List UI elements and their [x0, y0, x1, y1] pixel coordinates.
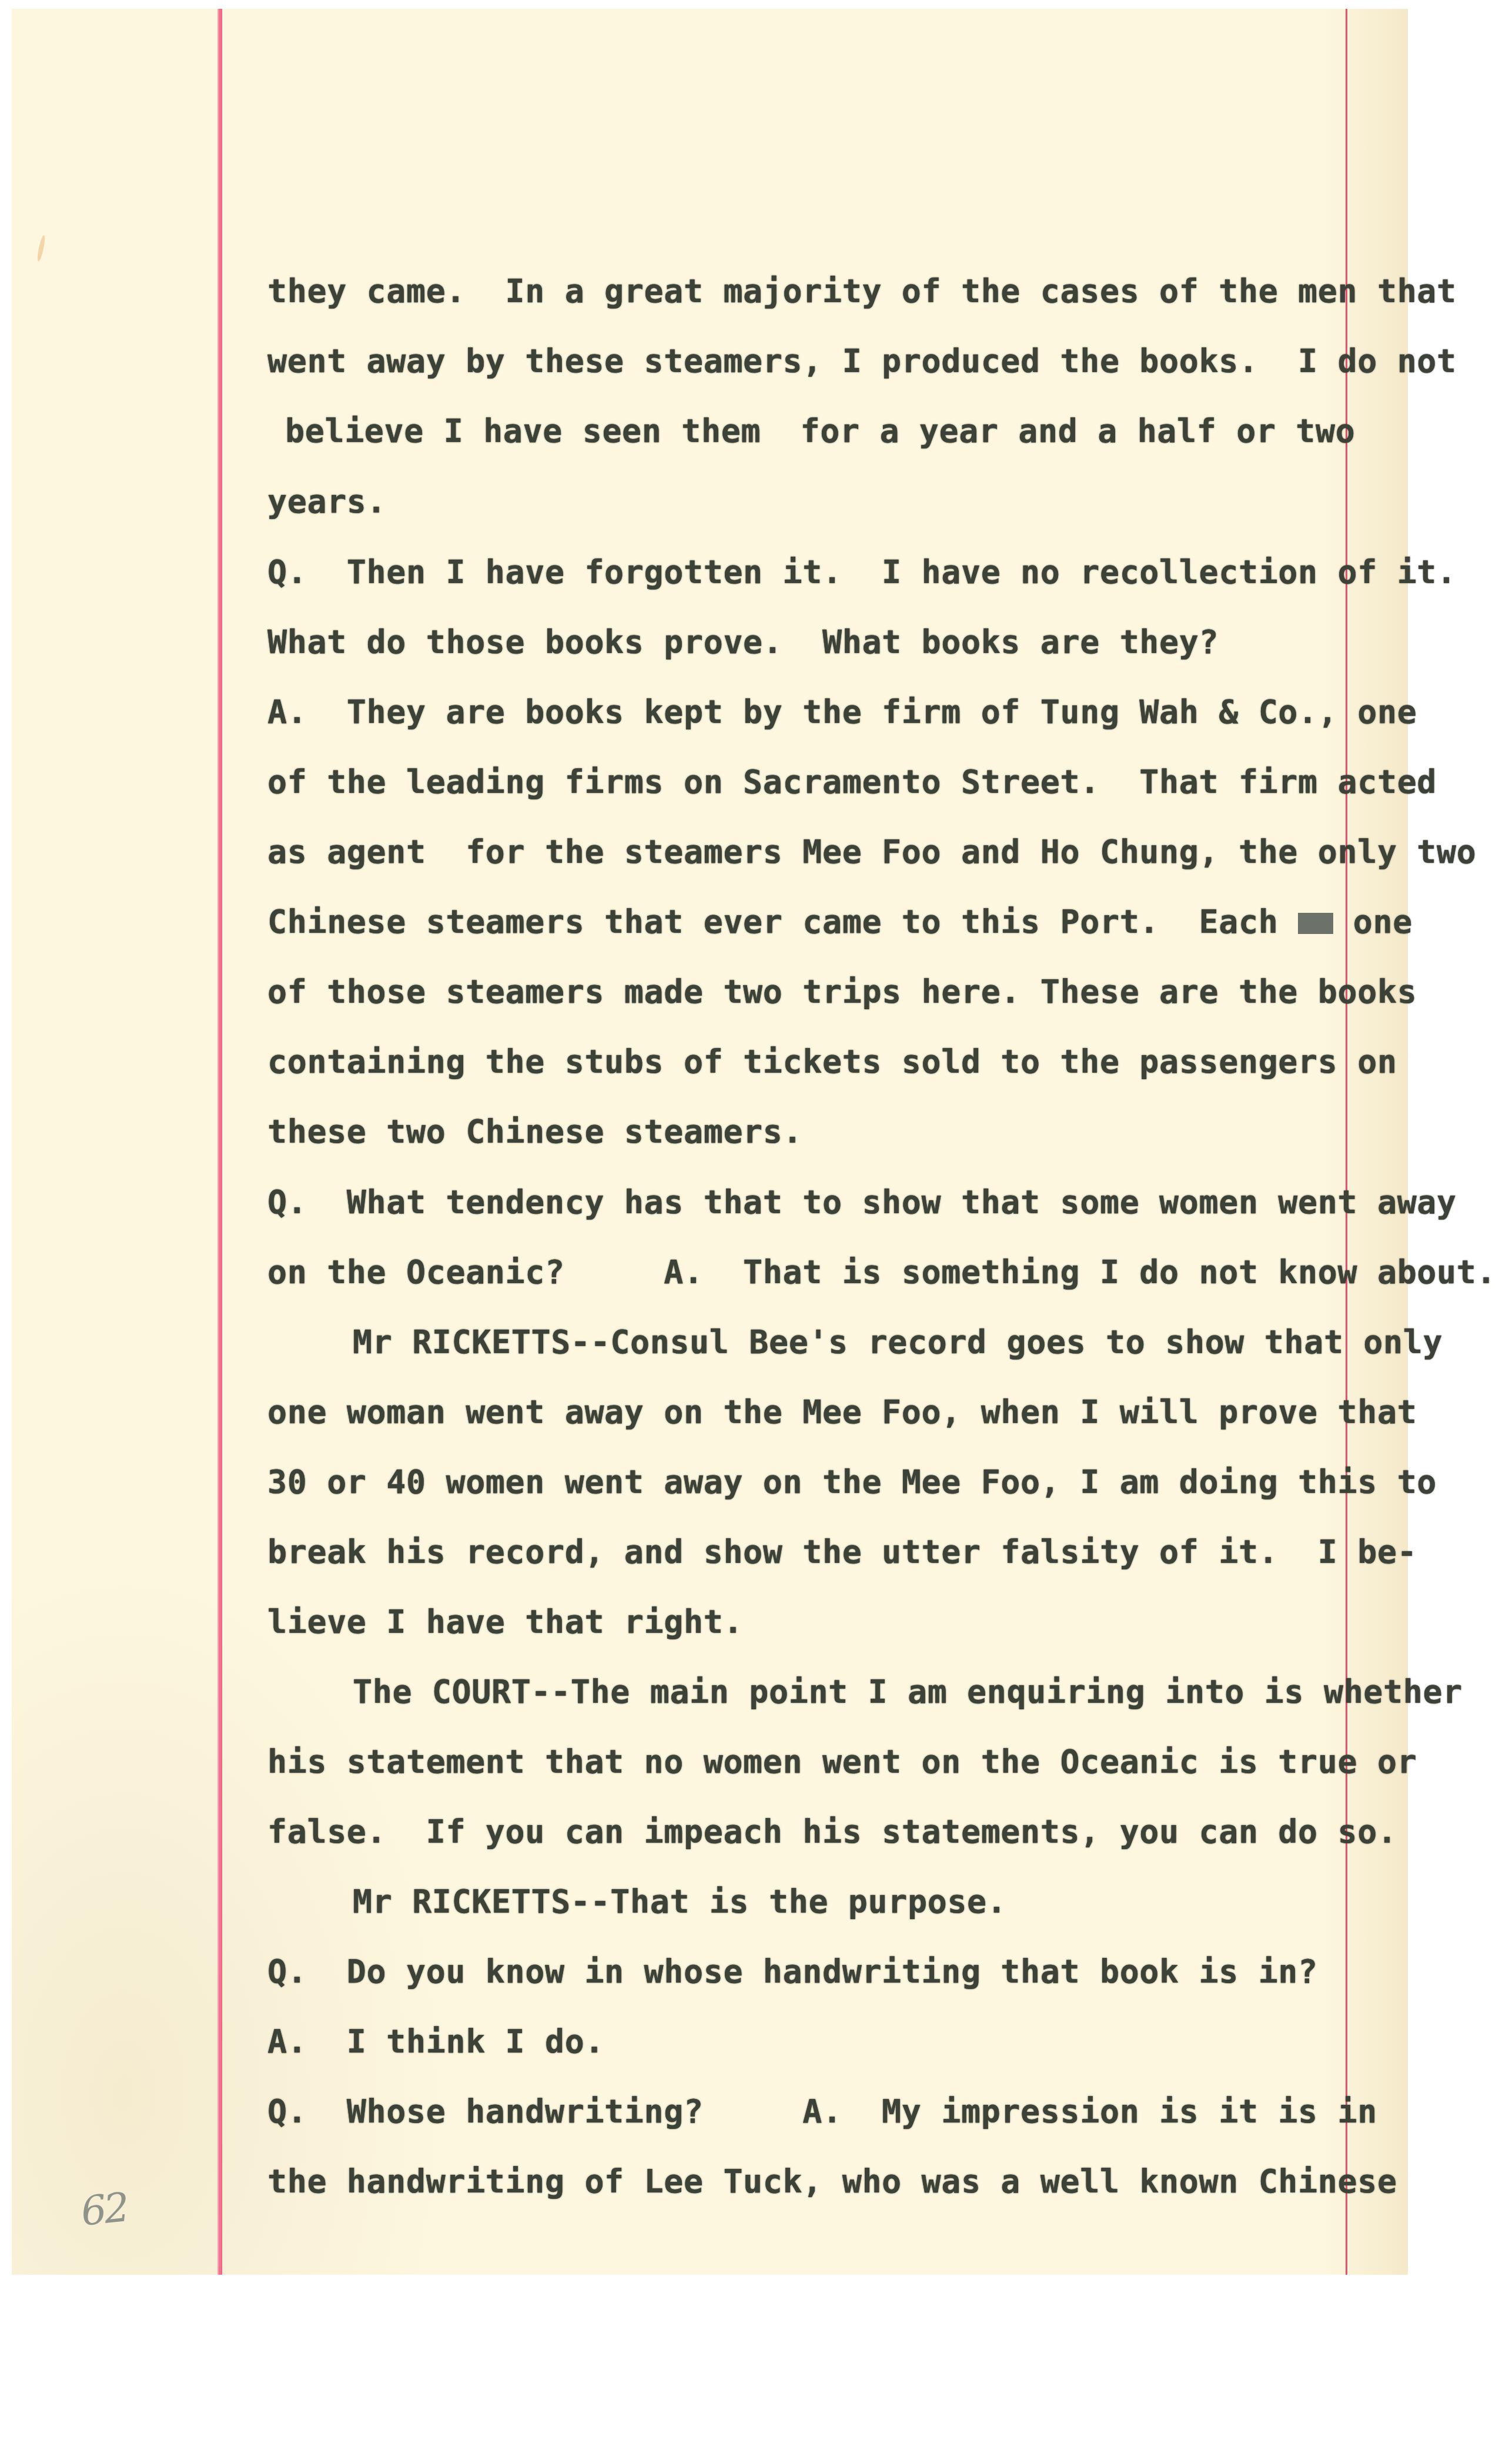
transcript-line: as agent for the steamers Mee Foo and Ho… [267, 834, 1476, 869]
transcript-line: the handwriting of Lee Tuck, who was a w… [267, 2164, 1397, 2199]
struck-out-word [1298, 913, 1333, 934]
transcript-line: containing the stubs of tickets sold to … [267, 1044, 1397, 1079]
paper-stain [36, 235, 46, 262]
left-margin-rule [218, 9, 222, 2275]
answer-line: on the Oceanic? A. That is something I d… [267, 1254, 1496, 1290]
transcript-line: these two Chinese steamers. [267, 1114, 802, 1149]
transcript-line: years. [267, 484, 386, 519]
transcript-line: break his record, and show the utter fal… [267, 1534, 1417, 1569]
transcript-line: of those steamers made two trips here. T… [267, 974, 1417, 1009]
transcript-line: they came. In a great majority of the ca… [267, 273, 1457, 309]
answer-line: A. I think I do. [267, 2024, 604, 2059]
answer-line: A. They are books kept by the firm of Tu… [267, 694, 1417, 729]
question-line: Q. Do you know in whose handwriting that… [267, 1954, 1318, 1989]
line-text-after-blot: one [1333, 903, 1413, 940]
transcript-line: false. If you can impeach his statements… [267, 1814, 1397, 1849]
document-page: they came. In a great majority of the ca… [12, 9, 1408, 2275]
transcript-line: believe I have seen them for a year and … [285, 413, 1356, 448]
transcript-line: lieve I have that right. [267, 1604, 743, 1639]
question-line: Q. Then I have forgotten it. I have no r… [267, 554, 1457, 590]
transcript-line: 30 or 40 women went away on the Mee Foo,… [267, 1464, 1437, 1499]
transcript-line: What do those books prove. What books ar… [267, 624, 1219, 659]
question-line: Q. Whose handwriting? A. My impression i… [267, 2094, 1377, 2129]
line-text-before-blot: Chinese steamers that ever came to this … [267, 903, 1298, 940]
transcript-line: Chinese steamers that ever came to this … [267, 904, 1413, 939]
transcript-line: went away by these steamers, I produced … [267, 343, 1457, 379]
speaker-line: The COURT--The main point I am enquiring… [353, 1674, 1463, 1709]
transcript-line: of the leading firms on Sacramento Stree… [267, 764, 1437, 799]
speaker-line: Mr RICKETTS--Consul Bee's record goes to… [353, 1324, 1443, 1360]
transcript-line: his statement that no women went on the … [267, 1744, 1417, 1779]
handwritten-page-number: 62 [79, 2184, 129, 2235]
speaker-line: Mr RICKETTS--That is the purpose. [353, 1884, 1007, 1919]
transcript-line: one woman went away on the Mee Foo, when… [267, 1394, 1417, 1429]
question-line: Q. What tendency has that to show that s… [267, 1184, 1457, 1220]
